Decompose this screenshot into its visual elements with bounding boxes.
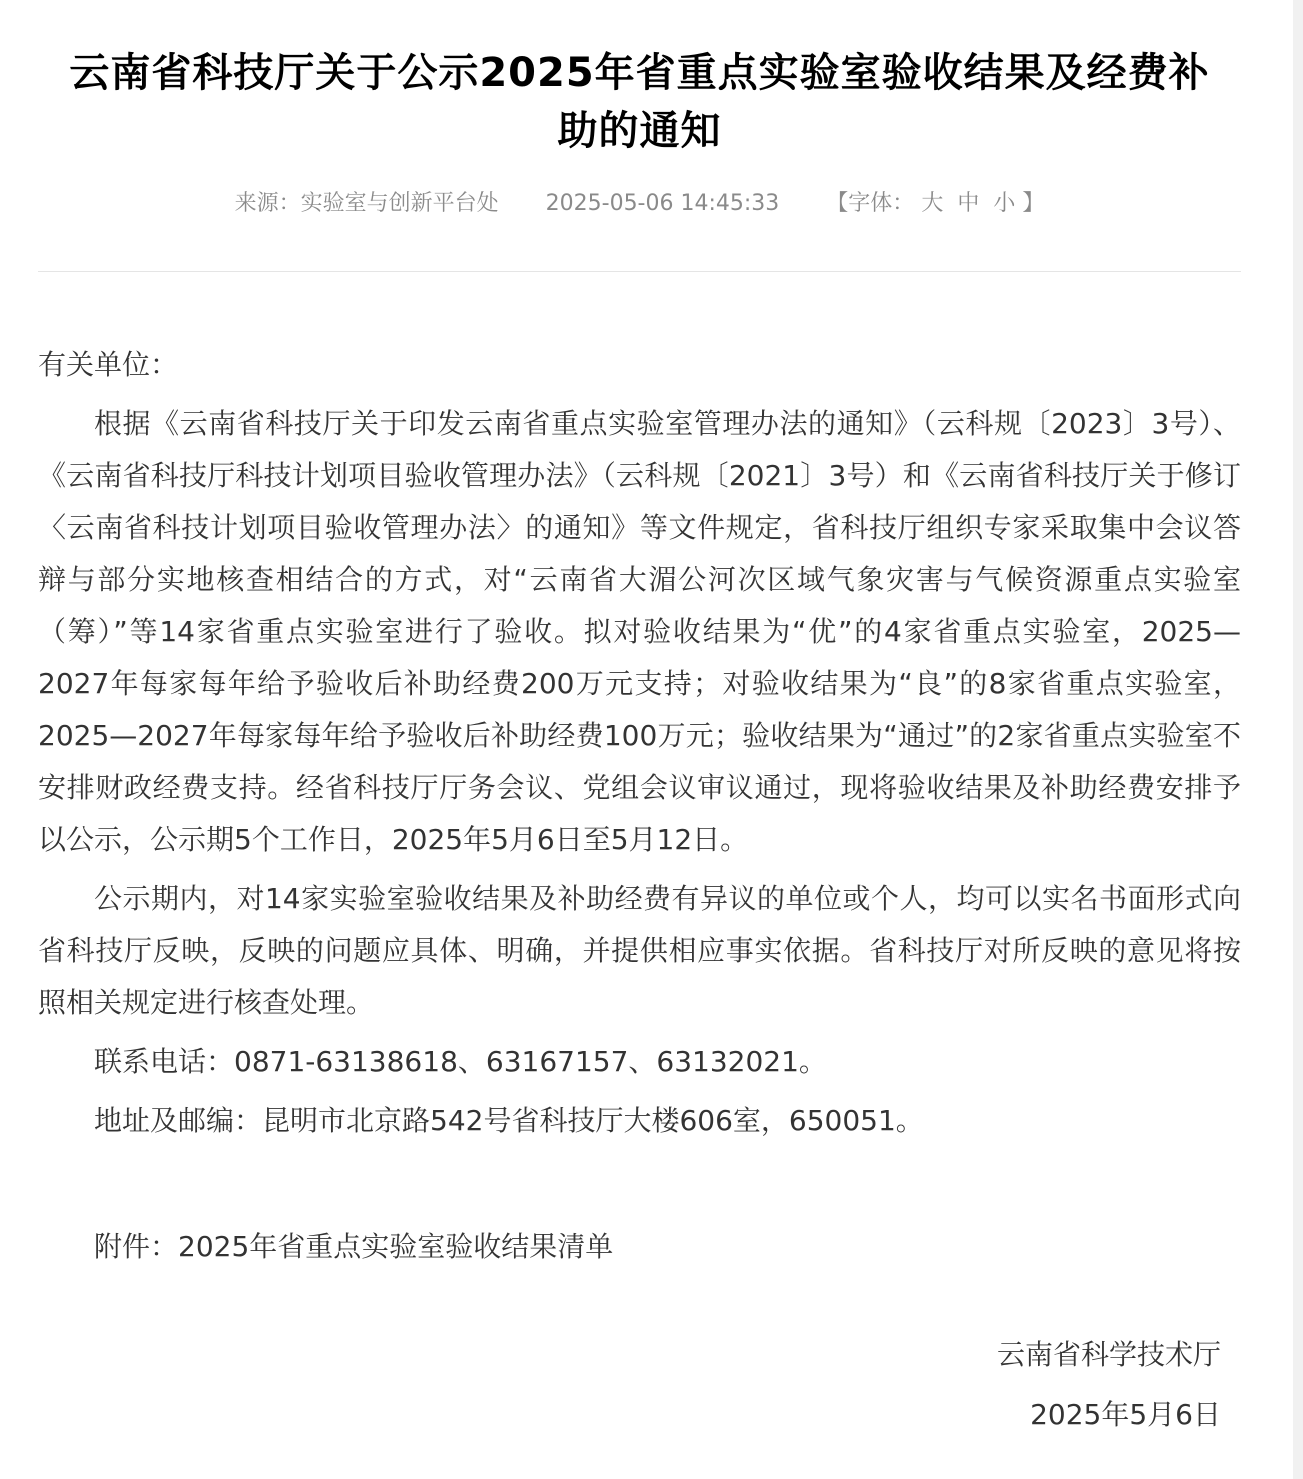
salutation: 有关单位： [38, 339, 1241, 391]
font-size-prefix: 【字体： [826, 191, 914, 216]
signature-block: 云南省科学技术厅 2025年5月6日 [38, 1329, 1241, 1441]
page-title: 云南省科技厅关于公示2025年省重点实验室验收结果及经费补助的通知 [55, 0, 1225, 160]
font-size-small-button[interactable]: 小 [993, 186, 1015, 217]
meta-source: 来源：实验室与创新平台处 [235, 191, 499, 216]
article-page: 云南省科技厅关于公示2025年省重点实验室验收结果及经费补助的通知 来源：实验室… [0, 0, 1293, 1479]
paragraph-contact-phone: 联系电话：0871-63138618、63167157、63132021。 [38, 1036, 1241, 1088]
paragraph-basis-and-results: 根据《云南省科技厅关于印发云南省重点实验室管理办法的通知》（云科规〔2023〕3… [38, 398, 1241, 866]
paragraph-objection-process: 公示期内，对14家实验室验收结果及补助经费有异议的单位或个人，均可以实名书面形式… [38, 873, 1241, 1029]
paragraph-address-postcode: 地址及邮编：昆明市北京路542号省科技厅大楼606室，650051。 [38, 1095, 1241, 1147]
font-size-suffix: 】 [1022, 191, 1044, 216]
signature-org: 云南省科学技术厅 [38, 1329, 1221, 1381]
attachment-line: 附件：2025年省重点实验室验收结果清单 [38, 1221, 1241, 1273]
meta-datetime: 2025-05-06 14:45:33 [546, 191, 780, 216]
font-size-control: 【字体：大中小】 [826, 191, 1044, 216]
signature-date: 2025年5月6日 [38, 1389, 1221, 1441]
font-size-large-button[interactable]: 大 [921, 186, 943, 217]
article-body: 有关单位： 根据《云南省科技厅关于印发云南省重点实验室管理办法的通知》（云科规〔… [38, 272, 1241, 1441]
font-size-medium-button[interactable]: 中 [957, 186, 979, 217]
article-meta-bar: 来源：实验室与创新平台处 2025-05-06 14:45:33 【字体：大中小… [38, 186, 1241, 217]
attachment-link[interactable]: 2025年省重点实验室验收结果清单 [178, 1230, 613, 1263]
attachment-label: 附件： [94, 1230, 178, 1263]
